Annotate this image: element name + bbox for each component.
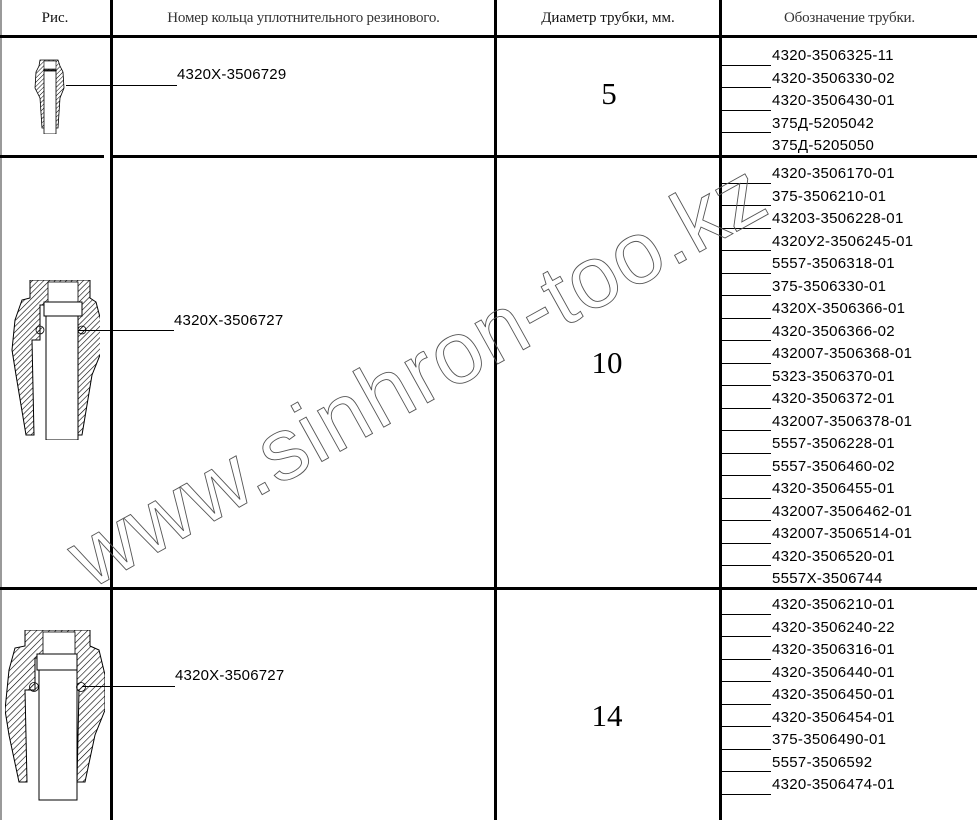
designation-item: 432007-3506368-01	[722, 343, 977, 366]
designation-text: 4320-3506520-01	[772, 548, 895, 565]
designation-text: 4320-3506454-01	[772, 709, 895, 726]
designation-item: 5557-3506592	[722, 752, 977, 775]
leader-tick	[722, 110, 771, 111]
diameter-value: 14	[495, 698, 719, 734]
designation-item: 43203-3506228-01	[722, 208, 977, 231]
leader-tick	[722, 87, 771, 88]
leader-tick	[722, 228, 771, 229]
leader-tick	[722, 726, 771, 727]
designation-item: 4320-3506240-22	[722, 617, 977, 640]
leader-tick	[722, 430, 771, 431]
designation-item: 4320-3506325-11	[722, 45, 977, 68]
ring-number-label: 4320X-3506729	[177, 66, 286, 83]
header-ring-number: Номер кольца уплотнительного резинового.	[113, 0, 494, 36]
designation-text: 4320-3506316-01	[772, 641, 895, 658]
designation-text: 375-3506330-01	[772, 278, 886, 295]
page-left-edge	[0, 0, 2, 820]
leader-tick	[722, 565, 771, 566]
designation-text: 4320-3506170-01	[772, 165, 895, 182]
leader-tick	[722, 475, 771, 476]
leader-tick	[722, 588, 771, 589]
leader-tick	[722, 318, 771, 319]
designation-text: 4320-3506450-01	[772, 686, 895, 703]
designation-text: 432007-3506514-01	[772, 525, 912, 542]
designation-text: 4320У2-3506245-01	[772, 233, 913, 250]
designation-text: 375Д-5205050	[772, 137, 874, 154]
designation-text: 5557X-3506744	[772, 570, 883, 587]
designation-list: 4320-3506170-01375-3506210-0143203-35062…	[722, 163, 977, 591]
leader-tick	[722, 205, 771, 206]
leader-tick	[722, 453, 771, 454]
designation-item: 5557X-3506744	[722, 568, 977, 591]
designation-item: 4320X-3506366-01	[722, 298, 977, 321]
leader-tick	[722, 704, 771, 705]
leader-tick	[722, 65, 771, 66]
designation-text: 5323-3506370-01	[772, 368, 895, 385]
leader-tick	[722, 273, 771, 274]
designation-item: 5557-3506318-01	[722, 253, 977, 276]
leader-tick	[722, 155, 771, 156]
designation-item: 4320-3506474-01	[722, 774, 977, 797]
designation-text: 4320-3506325-11	[772, 47, 894, 64]
designation-item: 375-3506210-01	[722, 186, 977, 209]
designation-text: 4320-3506474-01	[772, 776, 895, 793]
header-diameter: Диаметр трубки, мм.	[497, 0, 719, 36]
designation-item: 432007-3506378-01	[722, 411, 977, 434]
leader-tick	[722, 771, 771, 772]
designation-item: 4320-3506372-01	[722, 388, 977, 411]
designation-text: 4320-3506455-01	[772, 480, 895, 497]
leader-tick	[722, 749, 771, 750]
designation-text: 432007-3506462-01	[772, 503, 912, 520]
designation-text: 4320-3506330-02	[772, 70, 895, 87]
designation-text: 4320-3506366-02	[772, 323, 895, 340]
designation-text: 5557-3506228-01	[772, 435, 895, 452]
designation-item: 4320-3506316-01	[722, 639, 977, 662]
leader-tick	[722, 408, 771, 409]
leader-tick	[722, 636, 771, 637]
designation-item: 432007-3506462-01	[722, 501, 977, 524]
ring-number-label: 4320X-3506727	[174, 312, 283, 329]
designation-item: 4320-3506450-01	[722, 684, 977, 707]
designation-text: 5557-3506592	[772, 754, 872, 771]
designation-text: 4320-3506372-01	[772, 390, 895, 407]
designation-text: 375Д-5205042	[772, 115, 874, 132]
ring-leader-line	[66, 85, 177, 86]
diameter-value: 10	[495, 345, 719, 381]
header-designation: Обозначение трубки.	[722, 0, 977, 36]
ring-leader-line	[82, 686, 175, 687]
designation-text: 4320-3506440-01	[772, 664, 895, 681]
leader-tick	[722, 385, 771, 386]
leader-tick	[722, 132, 771, 133]
designation-item: 5557-3506228-01	[722, 433, 977, 456]
designation-item: 375Д-5205050	[722, 135, 977, 158]
diameter-value: 5	[497, 76, 721, 112]
leader-tick	[722, 183, 771, 184]
designation-item: 4320-3506366-02	[722, 321, 977, 344]
designation-text: 4320-3506210-01	[772, 596, 895, 613]
designation-text: 375-3506490-01	[772, 731, 886, 748]
leader-tick	[722, 363, 771, 364]
designation-text: 4320X-3506366-01	[772, 300, 905, 317]
tube-fitting-large-icon	[5, 630, 105, 805]
designation-text: 4320-3506240-22	[772, 619, 895, 636]
designation-item: 375-3506330-01	[722, 276, 977, 299]
ring-number-label: 4320X-3506727	[175, 667, 284, 684]
designation-text: 43203-3506228-01	[772, 210, 904, 227]
designation-list: 4320-3506325-114320-3506330-024320-35064…	[722, 45, 977, 158]
leader-tick	[722, 340, 771, 341]
header-figure: Рис.	[0, 0, 110, 36]
column-divider-1	[110, 0, 113, 820]
leader-tick	[722, 520, 771, 521]
designation-text: 432007-3506378-01	[772, 413, 912, 430]
leader-tick	[722, 295, 771, 296]
designation-item: 4320-3506430-01	[722, 90, 977, 113]
designation-item: 4320-3506454-01	[722, 707, 977, 730]
designation-item: 4320-3506520-01	[722, 546, 977, 569]
designation-item: 4320У2-3506245-01	[722, 231, 977, 254]
tube-fitting-small-icon	[30, 58, 70, 134]
leader-tick	[722, 794, 771, 795]
leader-tick	[722, 659, 771, 660]
ring-leader-line	[78, 330, 174, 331]
leader-tick	[722, 614, 771, 615]
leader-tick	[722, 681, 771, 682]
designation-text: 5557-3506460-02	[772, 458, 895, 475]
designation-item: 432007-3506514-01	[722, 523, 977, 546]
designation-item: 4320-3506170-01	[722, 163, 977, 186]
leader-tick	[722, 543, 771, 544]
designation-item: 5557-3506460-02	[722, 456, 977, 479]
row-divider-1-fig	[0, 155, 104, 158]
designation-item: 4320-3506440-01	[722, 662, 977, 685]
tube-fitting-medium-icon	[10, 280, 100, 440]
designation-item: 4320-3506455-01	[722, 478, 977, 501]
designation-item: 375Д-5205042	[722, 113, 977, 136]
designation-text: 5557-3506318-01	[772, 255, 895, 272]
designation-text: 375-3506210-01	[772, 188, 886, 205]
designation-item: 4320-3506210-01	[722, 594, 977, 617]
designation-item: 375-3506490-01	[722, 729, 977, 752]
column-divider-2	[494, 0, 497, 820]
designation-item: 4320-3506330-02	[722, 68, 977, 91]
designation-text: 4320-3506430-01	[772, 92, 895, 109]
designation-list: 4320-3506210-014320-3506240-224320-35063…	[722, 594, 977, 797]
leader-tick	[722, 250, 771, 251]
designation-item: 5323-3506370-01	[722, 366, 977, 389]
leader-tick	[722, 498, 771, 499]
designation-text: 432007-3506368-01	[772, 345, 912, 362]
